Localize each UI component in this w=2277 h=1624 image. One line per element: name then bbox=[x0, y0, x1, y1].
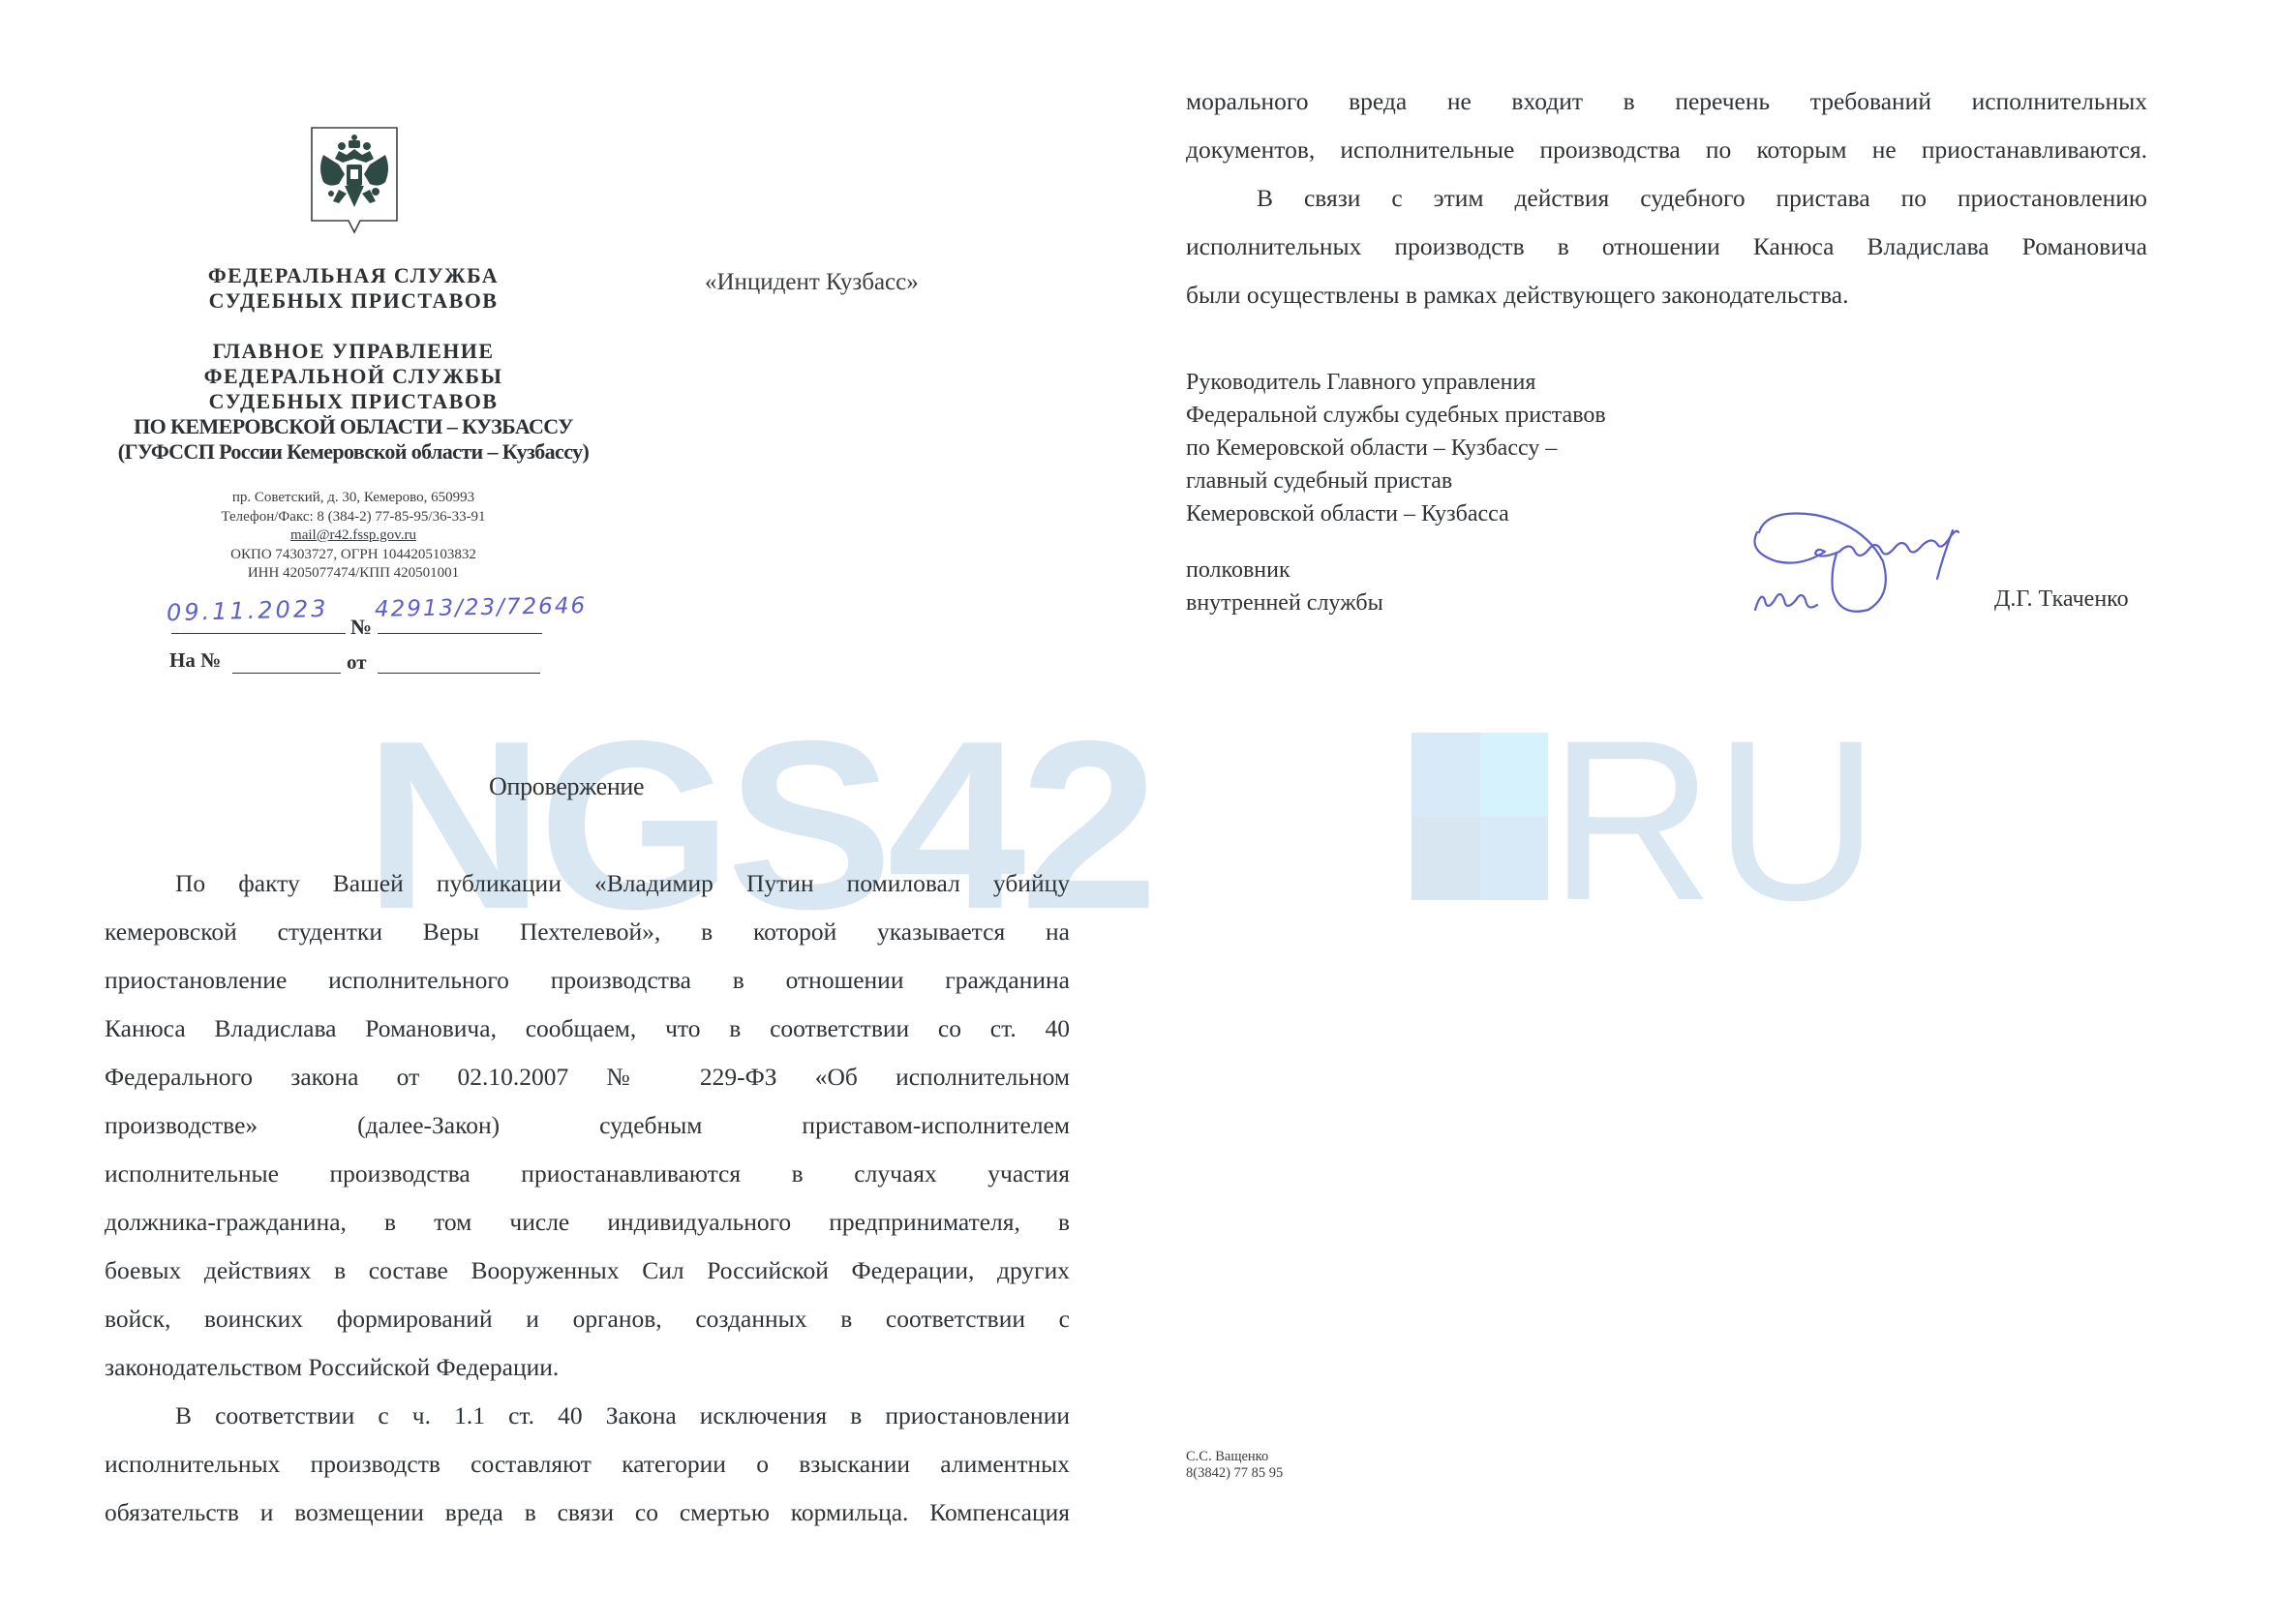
phone: Телефон/Факс: 8 (384-2) 77-85-95/36-33-9… bbox=[155, 508, 552, 527]
body-text-line: законодательством Российской Федерации. bbox=[105, 1343, 1070, 1392]
tax-codes: ИНН 4205077474/КПП 420501001 bbox=[155, 564, 552, 584]
position-line: Руководитель Главного управления bbox=[1186, 366, 1606, 399]
org-line: ФЕДЕРАЛЬНАЯ СЛУЖБА bbox=[106, 263, 600, 288]
watermark-logo-square bbox=[1412, 733, 1548, 900]
org-line: (ГУФССП России Кемеровской области – Куз… bbox=[106, 439, 600, 465]
organization-header: ФЕДЕРАЛЬНАЯ СЛУЖБА СУДЕБНЫХ ПРИСТАВОВ ГЛ… bbox=[106, 263, 600, 465]
executor-phone: 8(3842) 77 85 95 bbox=[1186, 1465, 1283, 1482]
watermark-brand: NGS42 bbox=[364, 705, 1153, 879]
from-label: от bbox=[347, 650, 367, 675]
org-line: ГЛАВНОЕ УПРАВЛЕНИЕ bbox=[106, 339, 600, 364]
body-text-line: В связи с этим действия судебного приста… bbox=[1186, 174, 2147, 223]
coat-of-arms-icon bbox=[310, 126, 399, 236]
handwritten-date: 09.11.2023 bbox=[167, 595, 329, 626]
body-text-line: документов, исполнительные производства … bbox=[1186, 126, 2147, 174]
reply-to-label: На № bbox=[169, 648, 221, 673]
body-text-line: боевых действиях в составе Вооруженных С… bbox=[105, 1247, 1070, 1295]
number-sign: № bbox=[350, 615, 372, 640]
org-line: ФЕДЕРАЛЬНОЙ СЛУЖБЫ bbox=[106, 364, 600, 389]
addressee: «Инцидент Кузбасс» bbox=[705, 269, 919, 296]
number-underline bbox=[378, 633, 542, 634]
body-text-line: По факту Вашей публикации «Владимир Пути… bbox=[105, 859, 1070, 908]
signatory-rank: полковник внутренней службы bbox=[1186, 554, 1383, 619]
address: пр. Советский, д. 30, Кемерово, 650993 bbox=[155, 489, 552, 508]
org-line: СУДЕБНЫХ ПРИСТАВОВ bbox=[106, 288, 600, 314]
body-text-line: исполнительные производства приостанавли… bbox=[105, 1150, 1070, 1198]
body-text-line: должника-гражданина, в том числе индивид… bbox=[105, 1198, 1070, 1247]
org-line: ПО КЕМЕРОВСКОЙ ОБЛАСТИ – КУЗБАССУ bbox=[106, 414, 600, 439]
email-link[interactable]: mail@r42.fssp.gov.ru bbox=[155, 526, 552, 546]
body-text-line: морального вреда не входит в перечень тр… bbox=[1186, 77, 2147, 126]
body-text-line: производстве» (далее-Закон) судебным при… bbox=[105, 1101, 1070, 1150]
executor-name: С.С. Ващенко bbox=[1186, 1449, 1283, 1465]
body-text-line: Канюса Владислава Романовича, сообщаем, … bbox=[105, 1005, 1070, 1053]
date-underline bbox=[171, 633, 346, 634]
document-title: Опровержение bbox=[489, 772, 644, 801]
signatory-position: Руководитель Главного управления Федерал… bbox=[1186, 366, 1606, 530]
body-text-line: исполнительных производств составляют ка… bbox=[105, 1440, 1070, 1489]
position-line: Федеральной службы судебных приставов bbox=[1186, 399, 1606, 432]
registration-codes: ОКПО 74303727, ОГРН 1044205103832 bbox=[155, 546, 552, 565]
position-line: по Кемеровской области – Кузбассу – bbox=[1186, 432, 1606, 465]
reply-to-blank bbox=[232, 673, 341, 674]
position-line: главный судебный пристав bbox=[1186, 465, 1606, 497]
registration-block: 09.11.2023 № 42913/23/72646 На № от bbox=[167, 595, 622, 682]
body-text-line: обязательств и возмещении вреда в связи … bbox=[105, 1489, 1070, 1537]
signatory-name: Д.Г. Ткаченко bbox=[1994, 586, 2129, 613]
body-left-column: По факту Вашей публикации «Владимир Пути… bbox=[105, 859, 1070, 1537]
body-text-line: Федерального закона от 02.10.2007 № 229-… bbox=[105, 1053, 1070, 1101]
body-text-line: войск, воинских формирований и органов, … bbox=[105, 1295, 1070, 1343]
body-text-line: были осуществлены в рамках действующего … bbox=[1186, 271, 2147, 319]
watermark-suffix: RU bbox=[1549, 707, 1879, 881]
executor-info: С.С. Ващенко 8(3842) 77 85 95 bbox=[1186, 1449, 1283, 1482]
org-contacts: пр. Советский, д. 30, Кемерово, 650993 Т… bbox=[155, 489, 552, 584]
rank-line: полковник bbox=[1186, 554, 1383, 586]
org-line: СУДЕБНЫХ ПРИСТАВОВ bbox=[106, 389, 600, 414]
body-right-column: морального вреда не входит в перечень тр… bbox=[1186, 77, 2147, 319]
body-text-line: приостановление исполнительного производ… bbox=[105, 956, 1070, 1005]
body-text-line: кемеровской студентки Веры Пехтелевой», … bbox=[105, 908, 1070, 956]
rank-line: внутренней службы bbox=[1186, 586, 1383, 619]
body-text-line: исполнительных производств в отношении К… bbox=[1186, 223, 2147, 271]
handwritten-number: 42913/23/72646 bbox=[375, 593, 588, 622]
from-blank bbox=[378, 673, 540, 674]
body-text-line: В соответствии с ч. 1.1 ст. 40 Закона ис… bbox=[105, 1392, 1070, 1440]
position-line: Кемеровской области – Кузбасса bbox=[1186, 497, 1606, 530]
